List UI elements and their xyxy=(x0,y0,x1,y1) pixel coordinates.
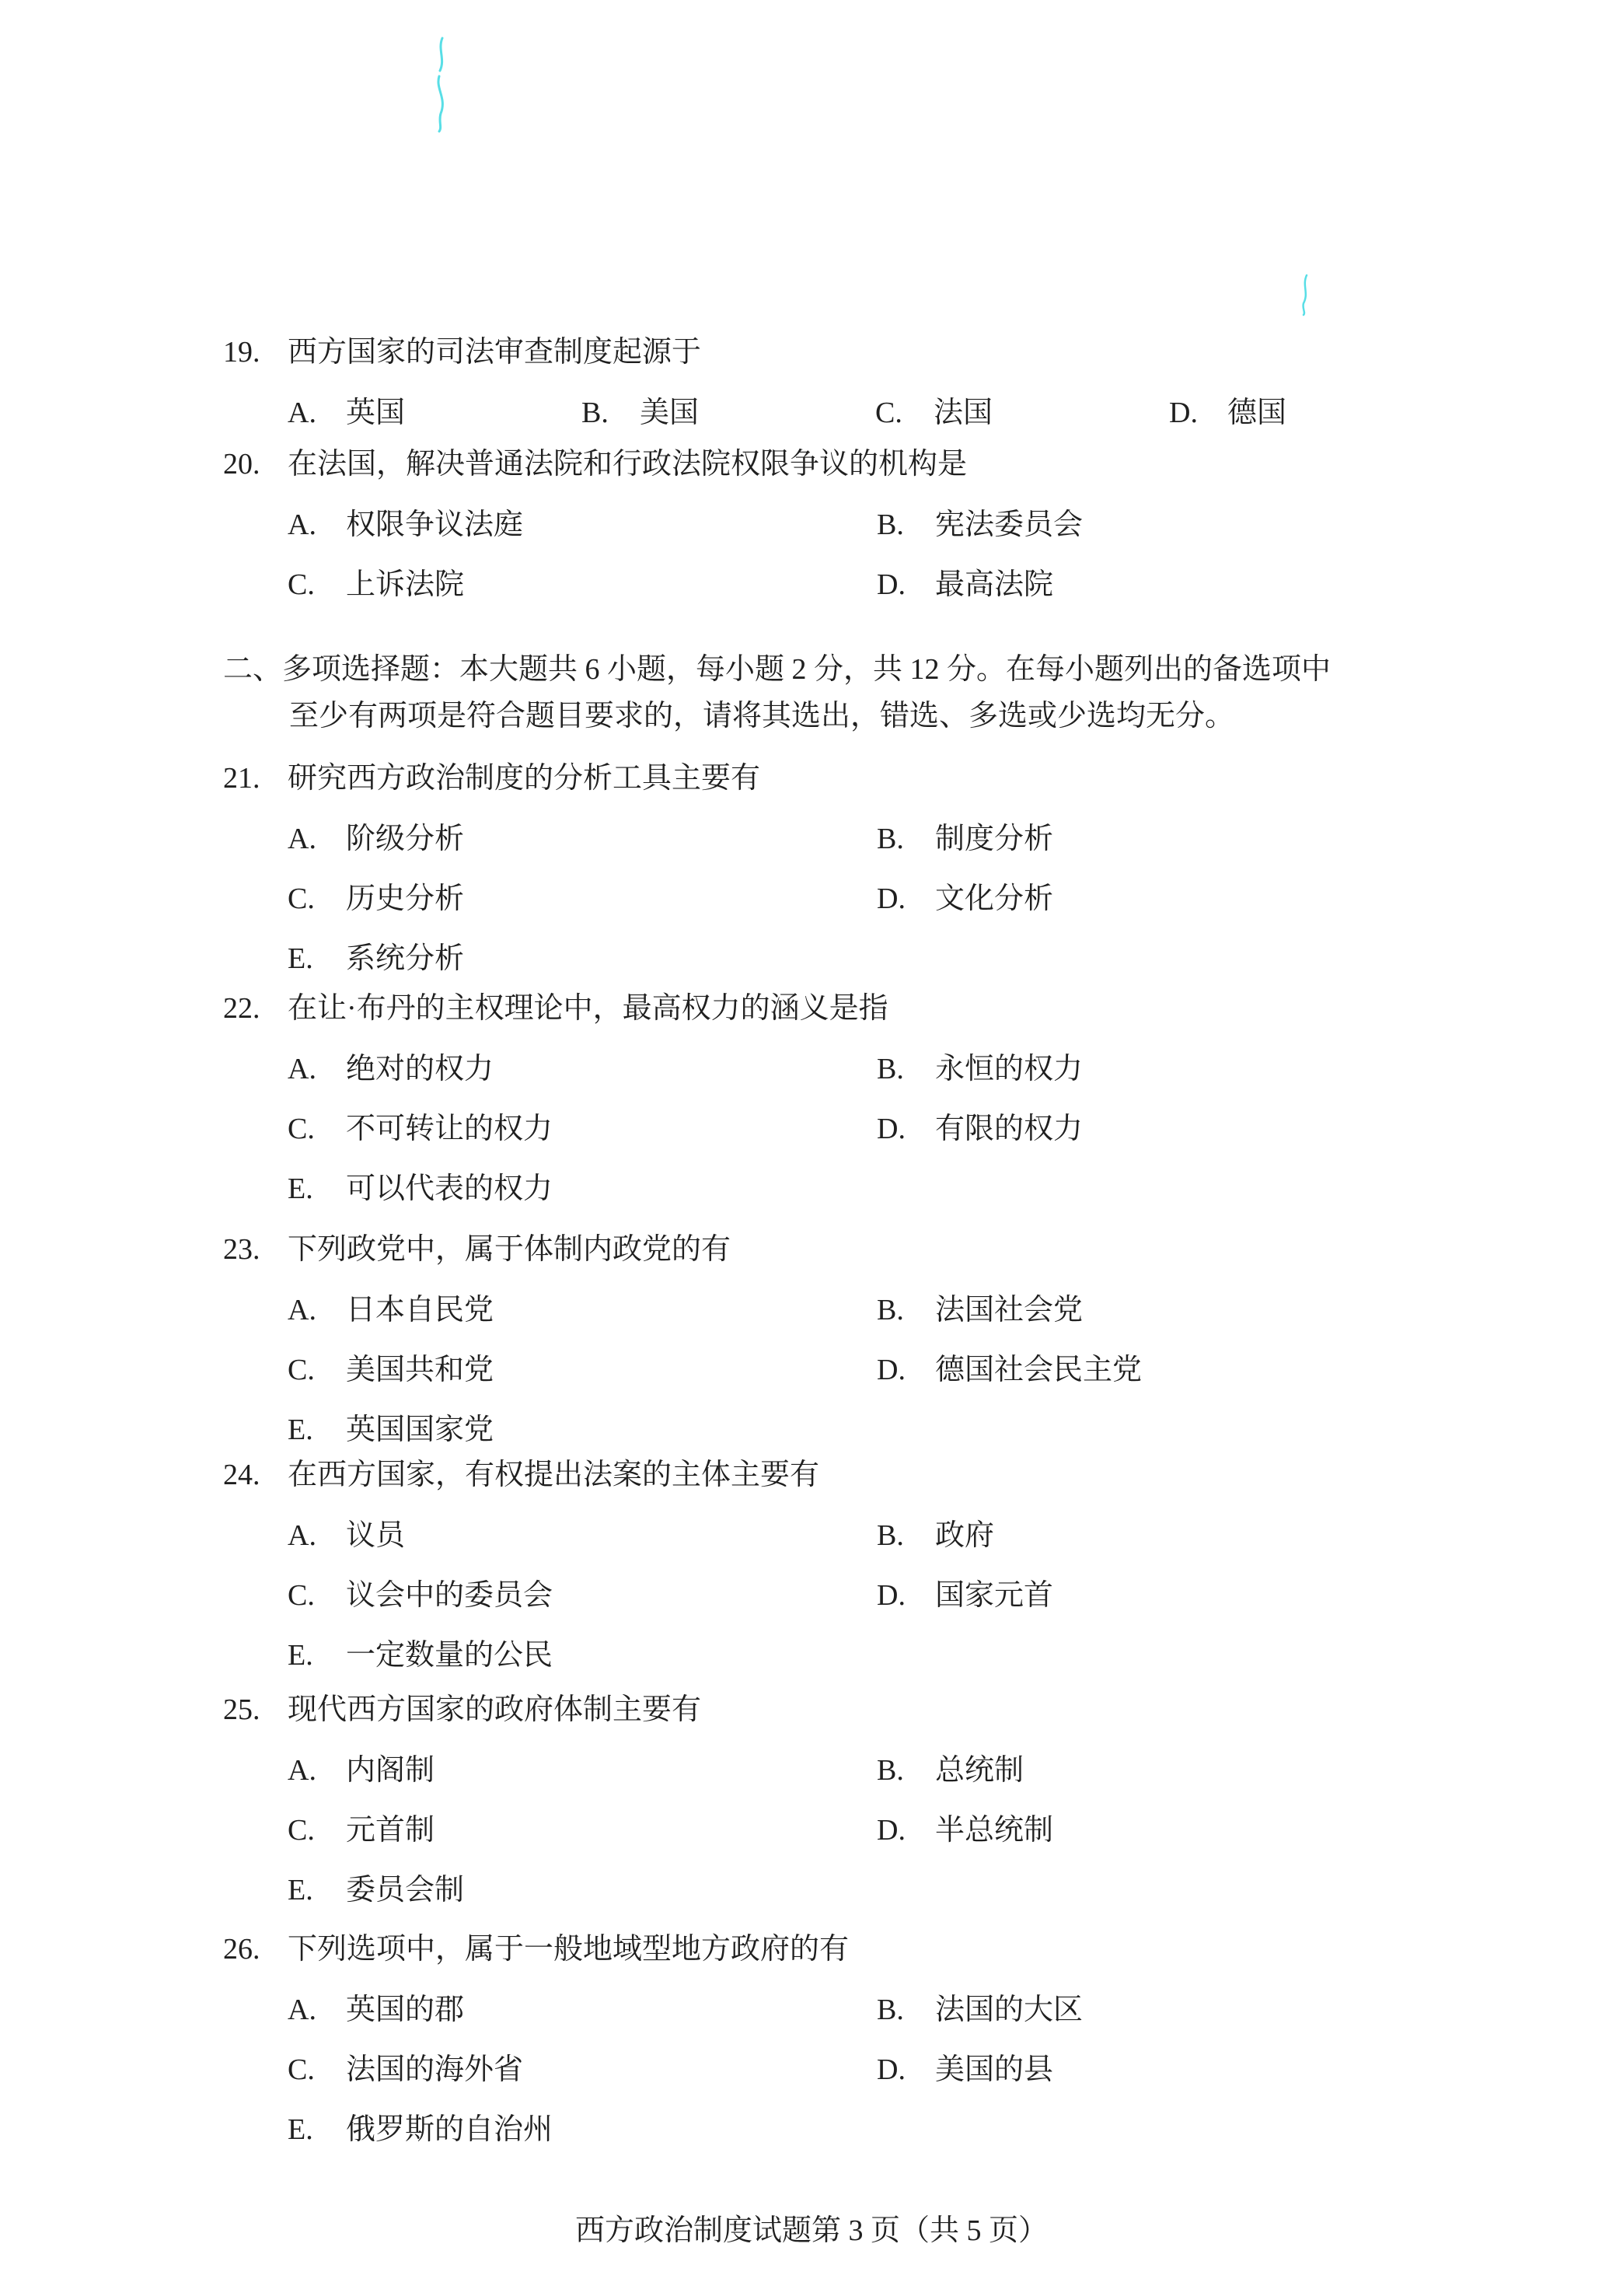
option-25-d: D.半总统制 xyxy=(877,1812,1053,1848)
option-26-e: E.俄罗斯的自治州 xyxy=(288,2112,553,2147)
option-text: 系统分析 xyxy=(346,941,464,977)
question-stem-line: 26. 下列选项中，属于一般地域型地方政府的有 xyxy=(223,1931,1568,1967)
question-stem: 下列选项中，属于一般地域型地方政府的有 xyxy=(288,1931,1568,1967)
scan-artifact-icon xyxy=(429,36,454,134)
options-row: C.议会中的委员会 D.国家元首 xyxy=(223,1578,1568,1613)
option-text: 法国的大区 xyxy=(935,1992,1083,2028)
option-text: 阶级分析 xyxy=(346,821,464,857)
option-text: 元首制 xyxy=(346,1812,435,1848)
options-row: C.元首制 D.半总统制 xyxy=(223,1812,1568,1848)
question-stem: 在让·布丹的主权理论中，最高权力的涵义是指 xyxy=(288,991,1568,1026)
option-text: 制度分析 xyxy=(935,821,1053,857)
question-stem-line: 21. 研究西方政治制度的分析工具主要有 xyxy=(223,760,1568,796)
options-row: C.上诉法院 D.最高法院 xyxy=(223,567,1568,603)
option-text: 法国社会党 xyxy=(935,1292,1083,1328)
option-text: 一定数量的公民 xyxy=(346,1637,553,1673)
option-20-b: B.宪法委员会 xyxy=(877,507,1083,543)
scan-artifact-icon xyxy=(1297,274,1314,317)
question-number: 24. xyxy=(223,1457,288,1493)
question-stem: 在西方国家，有权提出法案的主体主要有 xyxy=(288,1457,1568,1493)
question-stem-line: 22. 在让·布丹的主权理论中，最高权力的涵义是指 xyxy=(223,991,1568,1026)
options-row: C.历史分析 D.文化分析 xyxy=(223,881,1568,917)
option-text: 内阁制 xyxy=(346,1753,435,1788)
option-25-c: C.元首制 xyxy=(288,1812,877,1848)
options-row: A.英国的郡 B.法国的大区 xyxy=(223,1992,1568,2028)
question-stem: 现代西方国家的政府体制主要有 xyxy=(288,1692,1568,1728)
question-number: 20. xyxy=(223,446,288,482)
options-row: E.俄罗斯的自治州 xyxy=(223,2112,1568,2147)
question-number: 21. xyxy=(223,760,288,796)
options-row: A.绝对的权力 B.永恒的权力 xyxy=(223,1051,1568,1087)
option-19-b: B.美国 xyxy=(581,395,875,431)
options-row: E.一定数量的公民 xyxy=(223,1637,1568,1673)
option-text: 国家元首 xyxy=(935,1578,1053,1613)
option-24-d: D.国家元首 xyxy=(877,1578,1053,1613)
question-stem: 西方国家的司法审查制度起源于 xyxy=(288,334,1568,370)
question-stem-line: 23. 下列政党中，属于体制内政党的有 xyxy=(223,1232,1568,1267)
option-text: 德国社会民主党 xyxy=(935,1352,1142,1388)
option-25-a: A.内阁制 xyxy=(288,1753,877,1788)
option-19-d: D.德国 xyxy=(1169,395,1286,431)
option-23-e: E.英国国家党 xyxy=(288,1412,494,1448)
option-text: 俄罗斯的自治州 xyxy=(346,2112,553,2147)
question-20: 20. 在法国，解决普通法院和行政法院权限争议的机构是 A.权限争议法庭 B.宪… xyxy=(223,446,1568,603)
option-text: 文化分析 xyxy=(935,881,1053,917)
section-header-line2: 至少有两项是符合题目要求的，请将其选出，错选、多选或少选均无分。 xyxy=(223,698,1560,734)
option-24-a: A.议员 xyxy=(288,1518,877,1553)
option-text: 历史分析 xyxy=(346,881,464,917)
question-number: 26. xyxy=(223,1931,288,1967)
option-23-a: A.日本自民党 xyxy=(288,1292,877,1328)
option-text: 法国的海外省 xyxy=(346,2052,523,2088)
option-text: 不可转让的权力 xyxy=(346,1111,553,1147)
option-24-c: C.议会中的委员会 xyxy=(288,1578,877,1613)
options-row: A.议员 B.政府 xyxy=(223,1518,1568,1553)
option-21-c: C.历史分析 xyxy=(288,881,877,917)
options-row: A.阶级分析 B.制度分析 xyxy=(223,821,1568,857)
option-24-b: B.政府 xyxy=(877,1518,994,1553)
option-text: 半总统制 xyxy=(935,1812,1053,1848)
option-text: 英国的郡 xyxy=(346,1992,464,2028)
option-text: 权限争议法庭 xyxy=(346,507,523,543)
question-stem-line: 24. 在西方国家，有权提出法案的主体主要有 xyxy=(223,1457,1568,1493)
options-row: C.不可转让的权力 D.有限的权力 xyxy=(223,1111,1568,1147)
option-text: 上诉法院 xyxy=(346,567,464,603)
option-26-c: C.法国的海外省 xyxy=(288,2052,877,2088)
option-text: 政府 xyxy=(935,1518,994,1553)
option-22-d: D.有限的权力 xyxy=(877,1111,1083,1147)
option-text: 有限的权力 xyxy=(935,1111,1083,1147)
option-text: 宪法委员会 xyxy=(935,507,1083,543)
options-row: E.英国国家党 xyxy=(223,1412,1568,1448)
question-23: 23. 下列政党中，属于体制内政党的有 A.日本自民党 B.法国社会党 C.美国… xyxy=(223,1232,1568,1448)
question-25: 25. 现代西方国家的政府体制主要有 A.内阁制 B.总统制 C.元首制 D.半… xyxy=(223,1692,1568,1908)
option-text: 日本自民党 xyxy=(346,1292,494,1328)
question-number: 22. xyxy=(223,991,288,1026)
options-row: A.日本自民党 B.法国社会党 xyxy=(223,1292,1568,1328)
option-19-c: C.法国 xyxy=(875,395,1169,431)
option-26-a: A.英国的郡 xyxy=(288,1992,877,2028)
option-text: 永恒的权力 xyxy=(935,1051,1083,1087)
exam-page-scan: 19. 西方国家的司法审查制度起源于 A.英国 B.美国 C.法国 D.德国 2… xyxy=(0,0,1616,2296)
page-footer: 西方政治制度试题第 3 页（共 5 页） xyxy=(575,2213,1048,2249)
options-row: A.内阁制 B.总统制 xyxy=(223,1753,1568,1788)
option-21-a: A.阶级分析 xyxy=(288,821,877,857)
question-21: 21. 研究西方政治制度的分析工具主要有 A.阶级分析 B.制度分析 C.历史分… xyxy=(223,760,1568,977)
option-text: 美国 xyxy=(640,395,699,431)
question-stem: 在法国，解决普通法院和行政法院权限争议的机构是 xyxy=(288,446,1568,482)
option-26-b: B.法国的大区 xyxy=(877,1992,1083,2028)
question-stem-line: 25. 现代西方国家的政府体制主要有 xyxy=(223,1692,1568,1728)
option-23-d: D.德国社会民主党 xyxy=(877,1352,1142,1388)
question-stem: 研究西方政治制度的分析工具主要有 xyxy=(288,760,1568,796)
question-22: 22. 在让·布丹的主权理论中，最高权力的涵义是指 A.绝对的权力 B.永恒的权… xyxy=(223,991,1568,1207)
options-row: E.可以代表的权力 xyxy=(223,1171,1568,1207)
option-text: 英国 xyxy=(346,395,405,431)
option-21-b: B.制度分析 xyxy=(877,821,1053,857)
option-23-c: C.美国共和党 xyxy=(288,1352,877,1388)
option-22-a: A.绝对的权力 xyxy=(288,1051,877,1087)
question-stem-line: 20. 在法国，解决普通法院和行政法院权限争议的机构是 xyxy=(223,446,1568,482)
option-text: 议员 xyxy=(346,1518,405,1553)
question-number: 19. xyxy=(223,334,288,370)
option-24-e: E.一定数量的公民 xyxy=(288,1637,553,1673)
option-21-e: E.系统分析 xyxy=(288,941,464,977)
option-text: 可以代表的权力 xyxy=(346,1171,553,1207)
options-row: E.系统分析 xyxy=(223,941,1568,977)
section-2-header: 二、多项选择题：本大题共 6 小题，每小题 2 分，共 12 分。在每小题列出的… xyxy=(223,652,1560,734)
option-text: 美国共和党 xyxy=(346,1352,494,1388)
option-text: 最高法院 xyxy=(935,567,1053,603)
section-header-line1: 二、多项选择题：本大题共 6 小题，每小题 2 分，共 12 分。在每小题列出的… xyxy=(223,652,1560,687)
option-text: 委员会制 xyxy=(346,1872,464,1908)
option-22-e: E.可以代表的权力 xyxy=(288,1171,553,1207)
option-20-a: A.权限争议法庭 xyxy=(288,507,877,543)
option-22-c: C.不可转让的权力 xyxy=(288,1111,877,1147)
question-number: 23. xyxy=(223,1232,288,1267)
option-19-a: A.英国 xyxy=(288,395,581,431)
option-20-d: D.最高法院 xyxy=(877,567,1053,603)
option-text: 议会中的委员会 xyxy=(346,1578,553,1613)
question-19: 19. 西方国家的司法审查制度起源于 A.英国 B.美国 C.法国 D.德国 xyxy=(223,334,1568,431)
options-row: C.法国的海外省 D.美国的县 xyxy=(223,2052,1568,2088)
options-row: C.美国共和党 D.德国社会民主党 xyxy=(223,1352,1568,1388)
question-stem: 下列政党中，属于体制内政党的有 xyxy=(288,1232,1568,1267)
question-24: 24. 在西方国家，有权提出法案的主体主要有 A.议员 B.政府 C.议会中的委… xyxy=(223,1457,1568,1673)
option-25-e: E.委员会制 xyxy=(288,1872,464,1908)
option-text: 美国的县 xyxy=(935,2052,1053,2088)
options-row: A.英国 B.美国 C.法国 D.德国 xyxy=(223,395,1568,431)
option-20-c: C.上诉法院 xyxy=(288,567,877,603)
option-21-d: D.文化分析 xyxy=(877,881,1053,917)
question-26: 26. 下列选项中，属于一般地域型地方政府的有 A.英国的郡 B.法国的大区 C… xyxy=(223,1931,1568,2147)
option-text: 德国 xyxy=(1227,395,1286,431)
options-row: A.权限争议法庭 B.宪法委员会 xyxy=(223,507,1568,543)
option-text: 英国国家党 xyxy=(346,1412,494,1448)
option-text: 总统制 xyxy=(935,1753,1024,1788)
option-26-d: D.美国的县 xyxy=(877,2052,1053,2088)
option-text: 绝对的权力 xyxy=(346,1051,494,1087)
question-stem-line: 19. 西方国家的司法审查制度起源于 xyxy=(223,334,1568,370)
option-22-b: B.永恒的权力 xyxy=(877,1051,1083,1087)
options-row: E.委员会制 xyxy=(223,1872,1568,1908)
question-number: 25. xyxy=(223,1692,288,1728)
option-25-b: B.总统制 xyxy=(877,1753,1024,1788)
option-23-b: B.法国社会党 xyxy=(877,1292,1083,1328)
option-text: 法国 xyxy=(934,395,993,431)
